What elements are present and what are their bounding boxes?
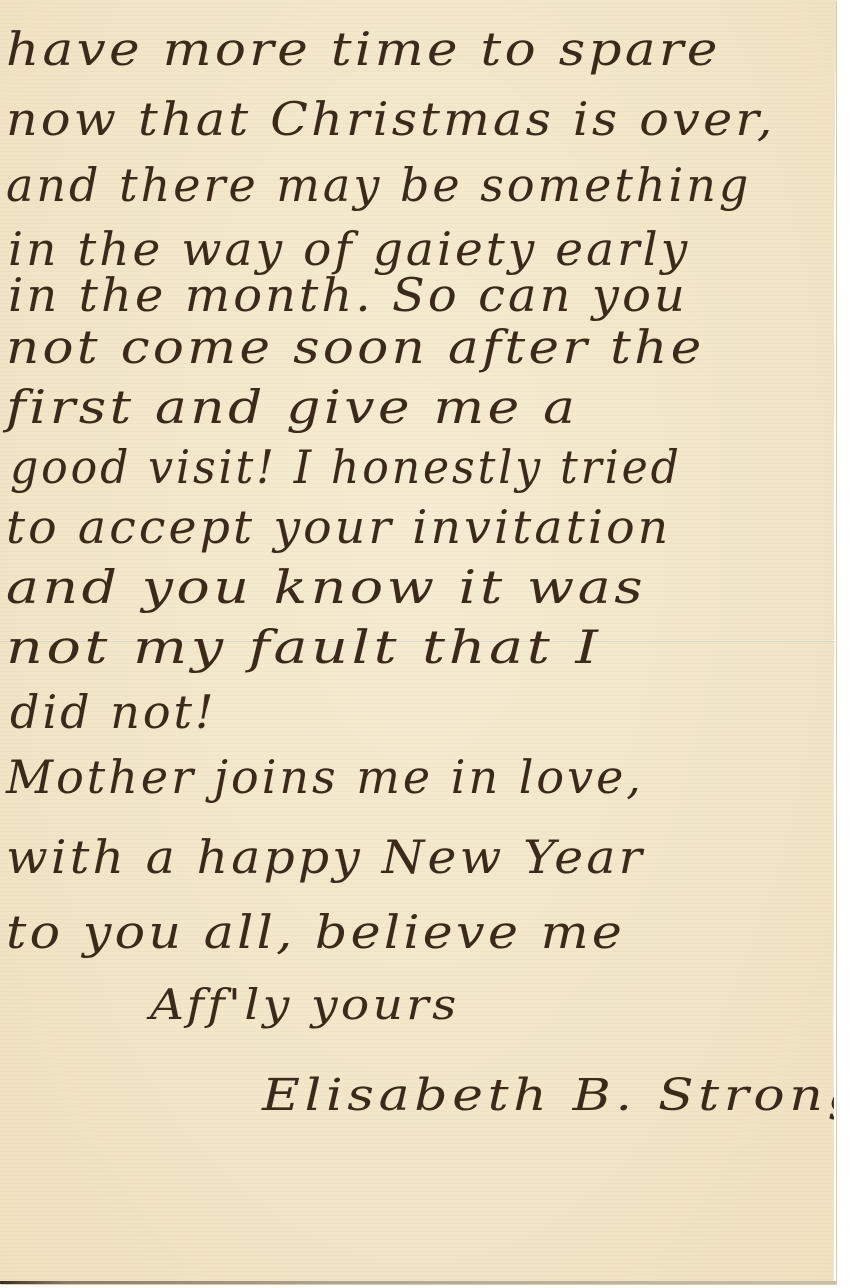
letter-line-10: and you know it was xyxy=(6,560,646,614)
letter-line-5: in the month. So can you xyxy=(8,268,688,322)
letter-page: have more time to spare now that Christm… xyxy=(0,0,836,1284)
letter-signature: Elisabeth B. Strong xyxy=(262,1070,836,1121)
letter-line-1: have more time to spare xyxy=(6,22,721,76)
letter-line-13: Mother joins me in love, xyxy=(6,750,644,804)
paper-bottom-edge xyxy=(0,1281,836,1284)
letter-line-12: did not! xyxy=(10,685,217,739)
letter-line-9: to accept your invitation xyxy=(6,500,671,554)
letter-line-2: now that Christmas is over, xyxy=(6,92,776,146)
letter-line-11: not my fault that I xyxy=(6,620,602,674)
letter-line-7: first and give me a xyxy=(6,380,578,434)
letter-line-6: not come soon after the xyxy=(6,320,705,374)
letter-line-14: with a happy New Year xyxy=(6,830,645,884)
letter-line-8: good visit! I honestly tried xyxy=(10,440,682,494)
letter-closing: Aff'ly yours xyxy=(150,980,460,1029)
letter-line-15: to you all, believe me xyxy=(6,905,625,959)
letter-line-3: and there may be something xyxy=(6,158,751,212)
